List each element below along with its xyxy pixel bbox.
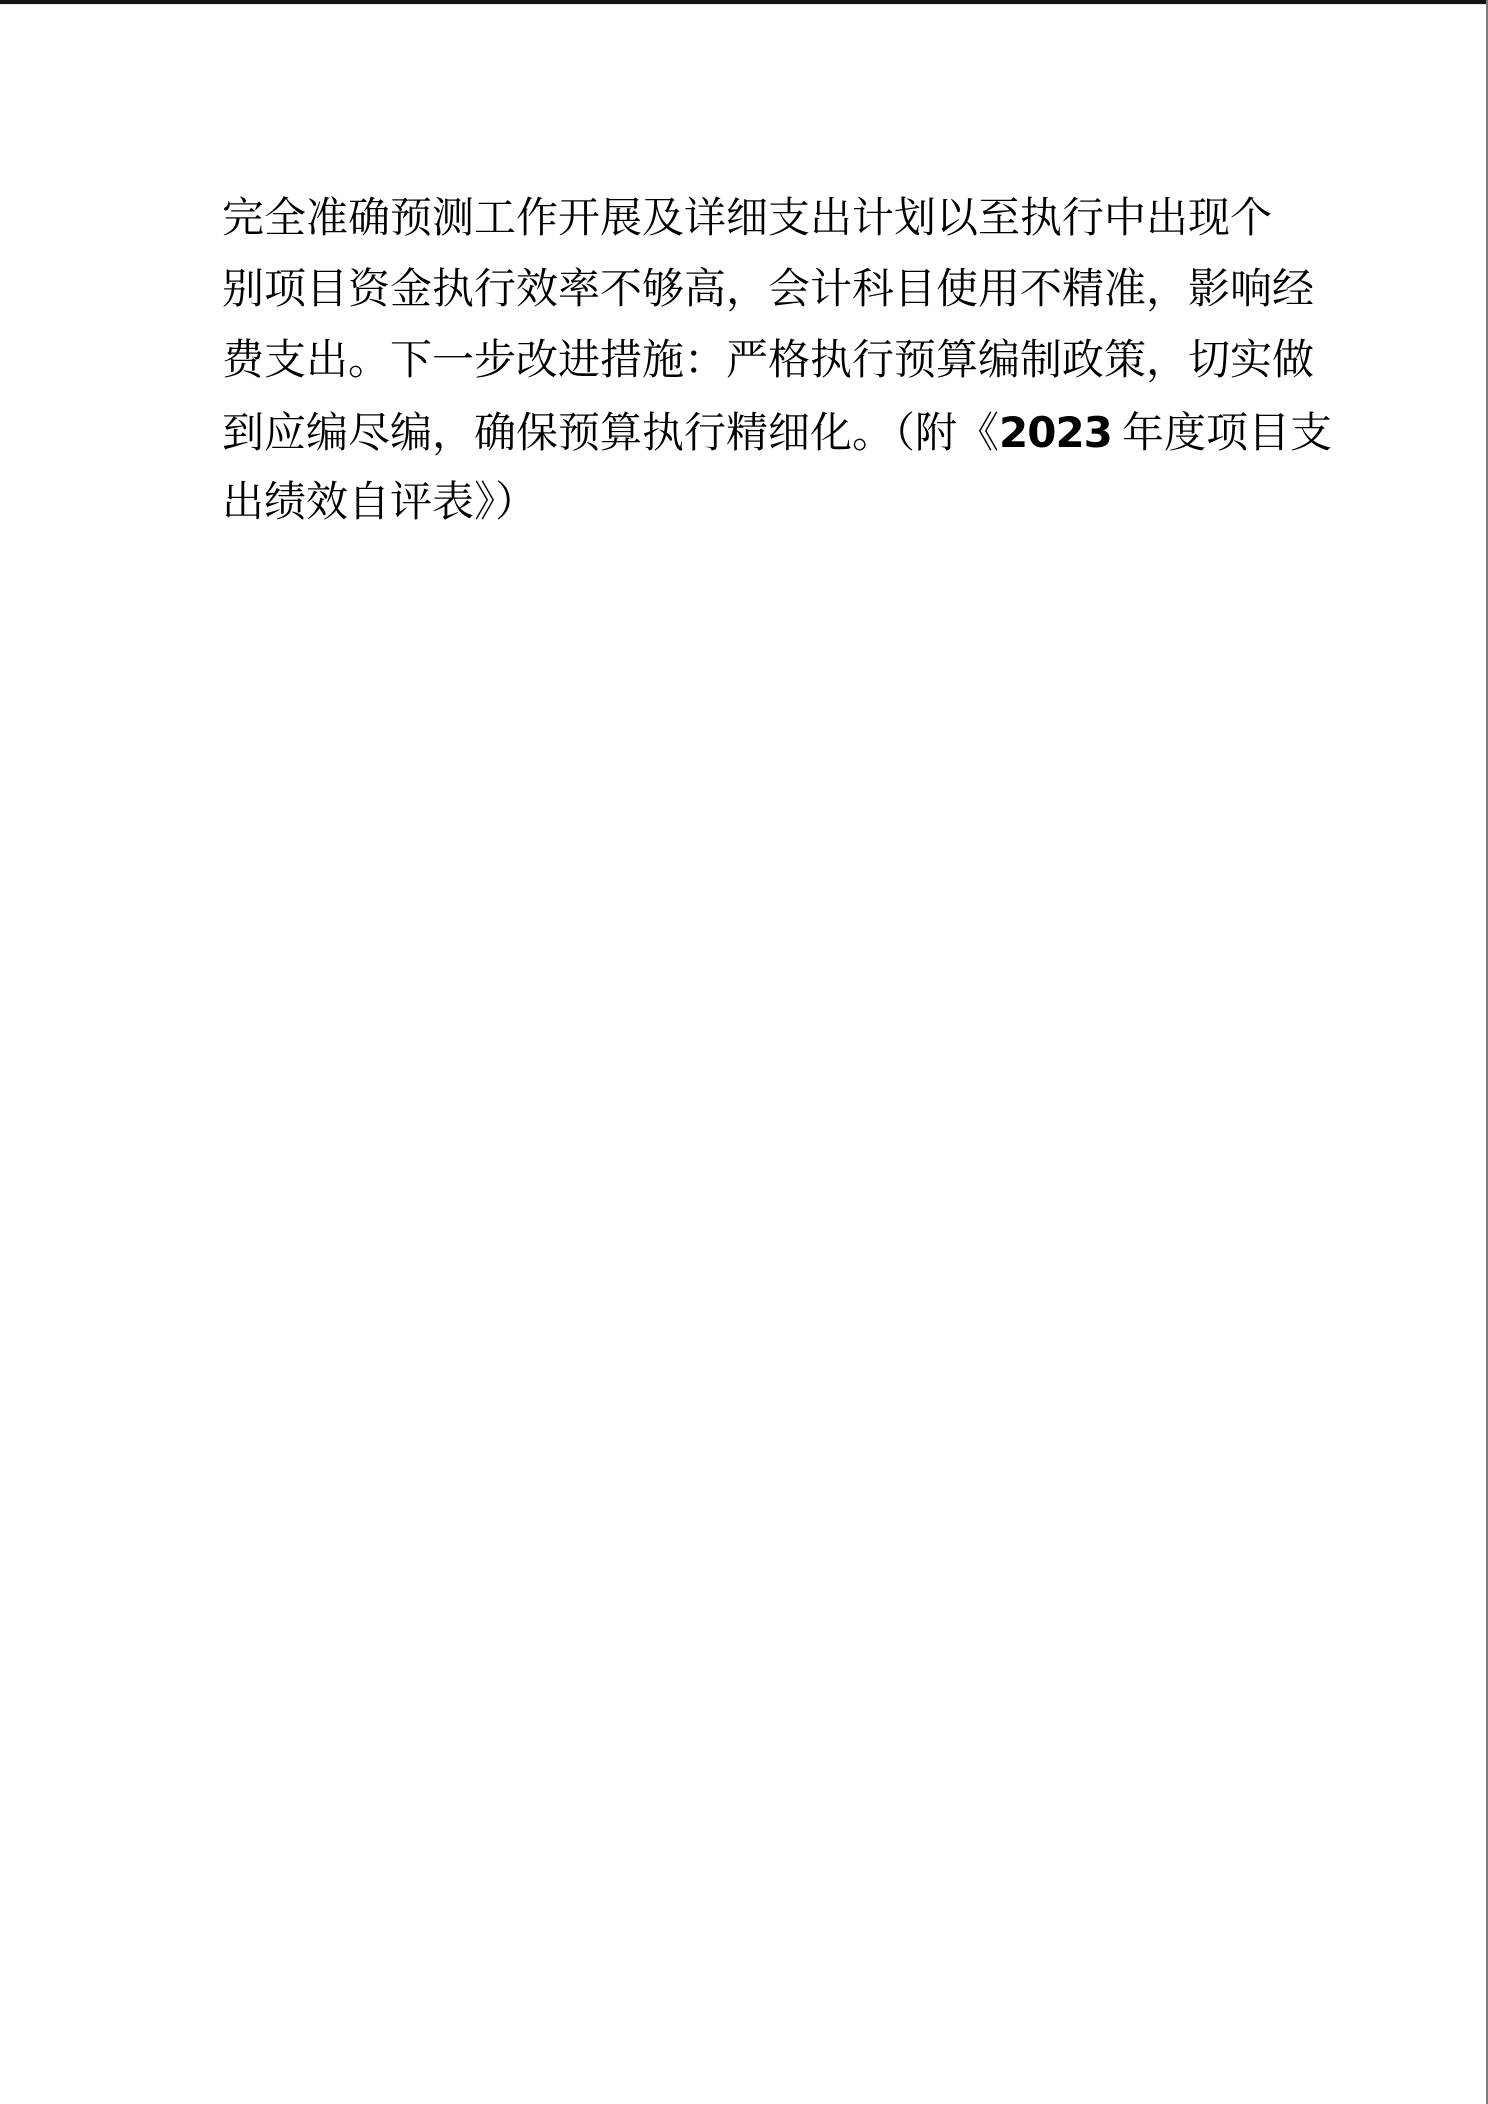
text-line-4-post: 年度项目支: [1122, 411, 1332, 457]
text-line-3: 费支出。下一步改进措施：严格执行预算编制政策，切实做: [222, 326, 1262, 397]
paragraph: 完全准确预测工作开展及详细支出计划以至执行中出现个 别项目资金执行效率不够高，会…: [222, 184, 1262, 539]
text-line-1: 完全准确预测工作开展及详细支出计划以至执行中出现个: [222, 184, 1262, 255]
text-line-4-pre: 到应编尽编，确保预算执行精细化。（附《: [222, 411, 999, 457]
year-number: 2023: [999, 408, 1112, 457]
text-line-2: 别项目资金执行效率不够高，会计科目使用不精准，影响经: [222, 255, 1262, 326]
page-top-edge: [0, 0, 1488, 5]
text-line-5: 出绩效自评表》）: [222, 468, 1262, 539]
text-line-4: 到应编尽编，确保预算执行精细化。（附《2023年度项目支: [222, 397, 1262, 468]
document-page: 完全准确预测工作开展及详细支出计划以至执行中出现个 别项目资金执行效率不够高，会…: [0, 0, 1488, 2104]
